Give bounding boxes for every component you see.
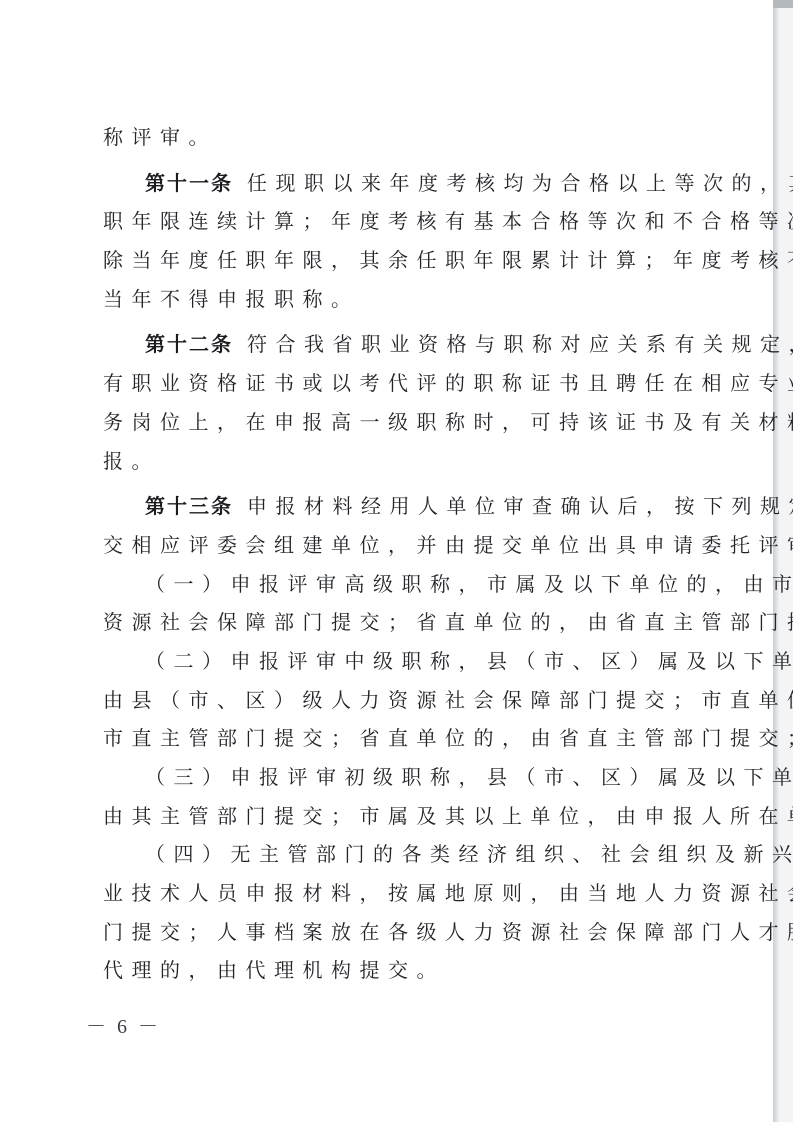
paragraph-line: 职年限连续计算；年度考核有基本合格等次和不合格等次的，扣 [103, 202, 713, 241]
paragraph-line: 业技术人员申报材料，按属地原则，由当地人力资源社会保障部 [103, 874, 713, 913]
paragraph-line: 有职业资格证书或以考代评的职称证书且聘任在相应专业技术职 [103, 364, 713, 403]
list-item-1-line: （一）申报评审高级职称，市属及以下单位的，由市级人力 [103, 565, 713, 604]
paragraph-line: 称评审。 [103, 118, 713, 157]
page-edge-margin [779, 0, 793, 1122]
article-13-first-line: 第十三条申报材料经用人单位审查确认后，按下列规定提 [103, 487, 713, 526]
paragraph-line: 市直主管部门提交；省直单位的，由省直主管部门提交； [103, 719, 713, 758]
list-item-3-line: （三）申报评审初级职称，县（市、区）属及以下单位的， [103, 758, 713, 797]
paragraph-line: 由其主管部门提交；市属及其以上单位，由申报人所在单位提交； [103, 797, 713, 836]
page-number: － 6 － [86, 1010, 161, 1039]
document-body: 称评审。 第十一条任现职以来年度考核均为合格以上等次的，其任 职年限连续计算；年… [103, 118, 713, 990]
article-text: 符合我省职业资格与职称对应关系有关规定，持 [247, 332, 793, 356]
document-page: 称评审。 第十一条任现职以来年度考核均为合格以上等次的，其任 职年限连续计算；年… [0, 0, 793, 1122]
paragraph-line: 务岗位上，在申报高一级职称时，可持该证书及有关材料直接申 [103, 403, 713, 442]
article-text: 申报材料经用人单位审查确认后，按下列规定提 [247, 494, 793, 518]
article-12-first-line: 第十二条符合我省职业资格与职称对应关系有关规定，持 [103, 325, 713, 364]
page-edge-corner [773, 0, 793, 8]
article-text: 任现职以来年度考核均为合格以上等次的，其任 [247, 171, 793, 195]
list-item-4-line: （四）无主管部门的各类经济组织、社会组织及新兴业态专 [103, 835, 713, 874]
list-item-2-line: （二）申报评审中级职称，县（市、区）属及以下单位的， [103, 642, 713, 681]
article-title: 第十二条 [145, 332, 233, 356]
paragraph-line: 除当年度任职年限，其余任职年限累计计算；年度考核不合格的， [103, 241, 713, 280]
article-title: 第十三条 [145, 494, 233, 518]
paragraph-line: 交相应评委会组建单位，并由提交单位出具申请委托评审函。 [103, 526, 713, 565]
paragraph-line: 当年不得申报职称。 [103, 280, 713, 319]
paragraph-line: 由县（市、区）级人力资源社会保障部门提交；市直单位的，由 [103, 681, 713, 720]
article-title: 第十一条 [145, 171, 233, 195]
article-11-first-line: 第十一条任现职以来年度考核均为合格以上等次的，其任 [103, 164, 713, 203]
paragraph-line: 代理的，由代理机构提交。 [103, 951, 713, 990]
page-edge-shadow [773, 0, 779, 1122]
paragraph-line: 门提交；人事档案放在各级人力资源社会保障部门人才服务机构 [103, 913, 713, 952]
paragraph-line: 报。 [103, 442, 713, 481]
paragraph-line: 资源社会保障部门提交；省直单位的，由省直主管部门提交； [103, 603, 713, 642]
